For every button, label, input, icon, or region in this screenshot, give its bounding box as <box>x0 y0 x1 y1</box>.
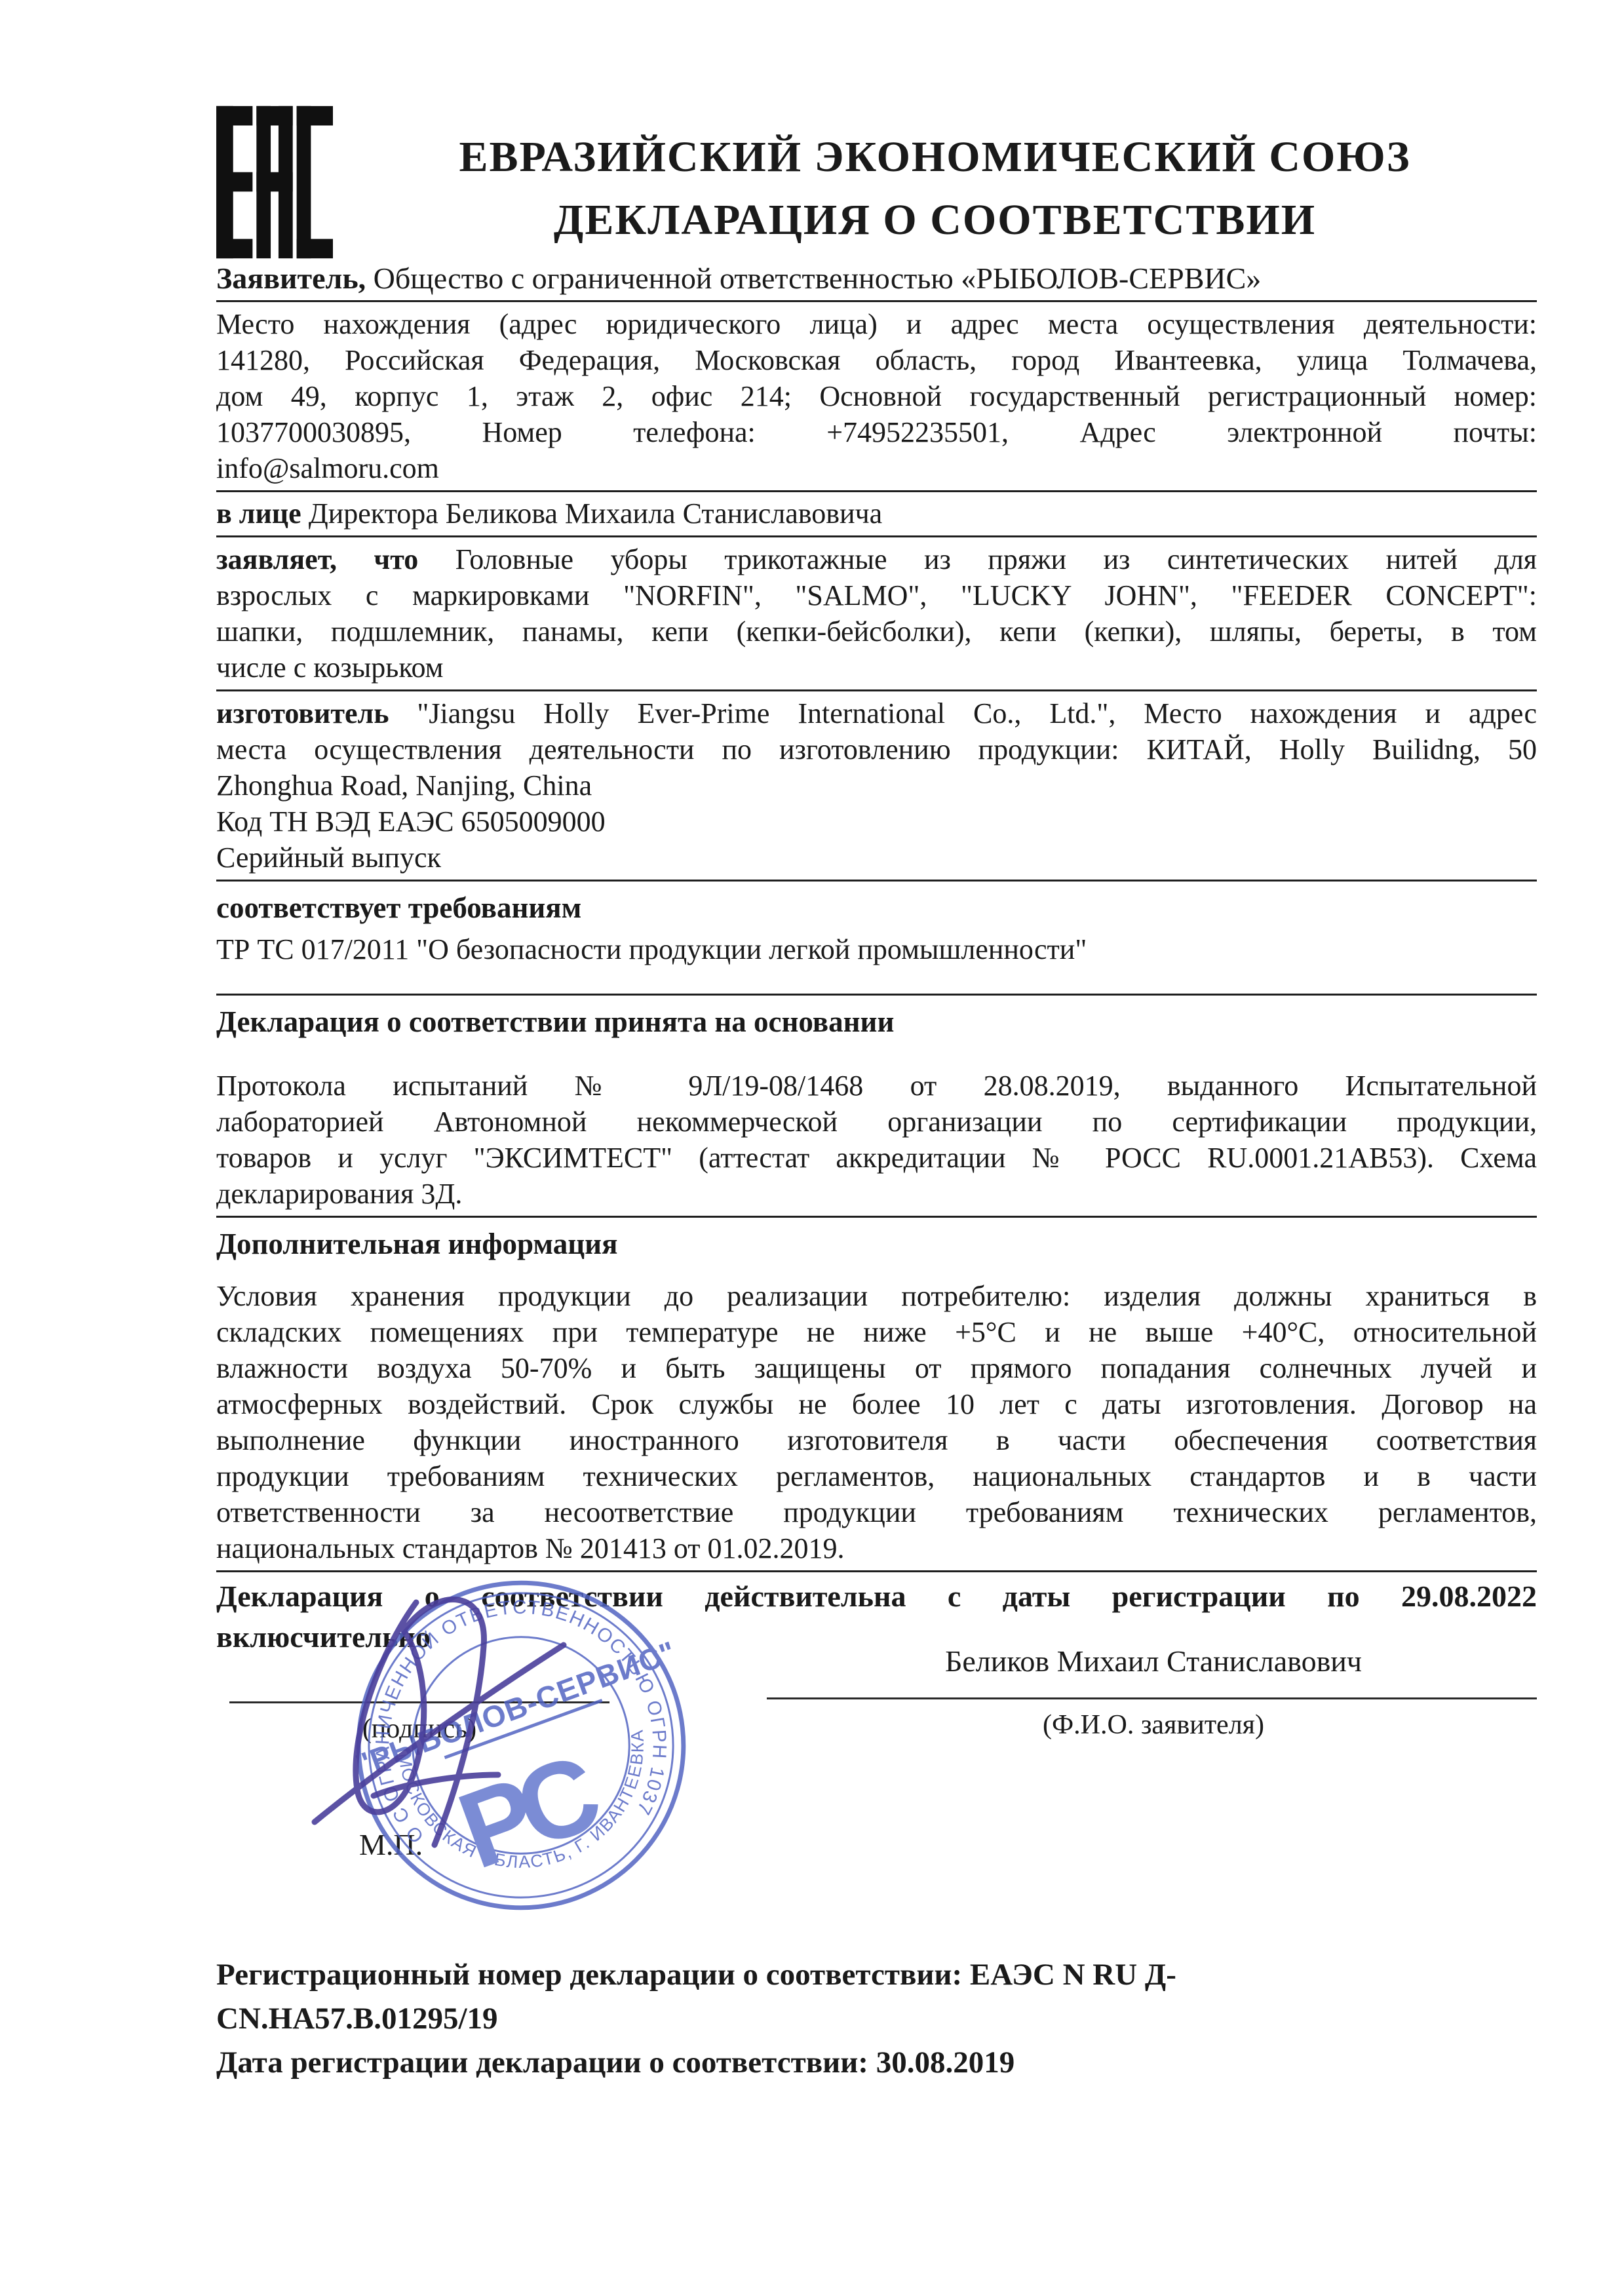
registration-date-line: Дата регистрации декларации о соответств… <box>216 2041 1537 2085</box>
registration-number-line1: Регистрационный номер декларации о соотв… <box>216 1953 1537 1997</box>
section-divider <box>216 880 1537 881</box>
product-line: числе с козырьком <box>216 649 1537 686</box>
section-divider <box>216 689 1537 691</box>
conformity-heading: соответствует требованиям <box>216 889 1537 926</box>
additional-line: ответственности за несоответствие продук… <box>216 1494 1537 1530</box>
additional-line: продукции требованиям технических реглам… <box>216 1458 1537 1494</box>
registration-number-line2: CN.НА57.В.01295/19 <box>216 1997 1537 2041</box>
document-body: ЕВРАЗИЙСКИЙ ЭКОНОМИЧЕСКИЙ СОЮЗ ДЕКЛАРАЦИ… <box>216 97 1537 1661</box>
in-person-label: в лице <box>216 497 301 530</box>
registration-block: Регистрационный номер декларации о соотв… <box>216 1953 1537 2085</box>
in-person-value: Директора Беликова Михаила Станиславович… <box>309 497 883 530</box>
applicant-line: Заявитель, Общество с ограниченной ответ… <box>216 260 1537 298</box>
product-line: заявляет, что Головные уборы трикотажные… <box>216 541 1537 577</box>
address-paragraph: Место нахождения (адрес юридического лиц… <box>216 306 1537 486</box>
eac-logo-icon <box>216 105 333 260</box>
document-header: ЕВРАЗИЙСКИЙ ЭКОНОМИЧЕСКИЙ СОЮЗ ДЕКЛАРАЦИ… <box>216 97 1537 260</box>
additional-line: складских помещениях при температуре не … <box>216 1314 1537 1350</box>
declaration-of-conformity-page: ЕВРАЗИЙСКИЙ ЭКОНОМИЧЕСКИЙ СОЮЗ ДЕКЛАРАЦИ… <box>0 0 1624 2286</box>
additional-line: влажности воздуха 50-70% и быть защищены… <box>216 1350 1537 1386</box>
additional-line: атмосферных воздействий. Срок службы не … <box>216 1386 1537 1422</box>
applicant-label: Заявитель, <box>216 262 366 295</box>
manufacturer-label: изготовитель <box>216 697 389 729</box>
address-line-email: info@salmoru.com <box>216 450 1537 486</box>
applicant-name: Беликов Михаил Станиславович <box>767 1644 1540 1678</box>
address-line: 1037700030895, Номер телефона: +74952235… <box>216 414 1537 450</box>
title-declaration: ДЕКЛАРАЦИЯ О СООТВЕТСТВИИ <box>333 189 1537 252</box>
basis-line: декларирования 3Д. <box>216 1176 1537 1212</box>
name-caption: (Ф.И.О. заявителя) <box>767 1709 1540 1741</box>
manufacturer-line-text: "Jiangsu Holly Ever-Prime International … <box>417 697 1537 729</box>
product-paragraph: заявляет, что Головные уборы трикотажные… <box>216 541 1537 686</box>
serial-release-line: Серийный выпуск <box>216 840 1537 876</box>
name-line <box>767 1697 1537 1699</box>
applicant-value: Общество с ограниченной ответственностью… <box>374 262 1262 295</box>
additional-line: выполнение функции иностранного изготови… <box>216 1422 1537 1458</box>
declares-label: заявляет, что <box>216 543 418 575</box>
signature-stroke <box>275 1566 642 1848</box>
section-divider <box>216 300 1537 302</box>
additional-info-heading: Дополнительная информация <box>216 1226 1537 1262</box>
handwritten-signature <box>275 1566 642 1848</box>
basis-line: Протокола испытаний № 9Л/19-08/1468 от 2… <box>216 1068 1537 1104</box>
basis-heading: Декларация о соответствии принята на осн… <box>216 1003 1537 1040</box>
address-line: 141280, Российская Федерация, Московская… <box>216 342 1537 378</box>
basis-paragraph: Протокола испытаний № 9Л/19-08/1468 от 2… <box>216 1068 1537 1212</box>
section-divider <box>216 490 1537 492</box>
product-line: шапки, подшлемник, панамы, кепи (кепки-б… <box>216 613 1537 649</box>
manufacturer-line: места осуществления деятельности по изго… <box>216 731 1537 767</box>
address-line: Место нахождения (адрес юридического лиц… <box>216 306 1537 342</box>
product-line: взрослых с маркировками "NORFIN", "SALMO… <box>216 577 1537 613</box>
manufacturer-paragraph: изготовитель "Jiangsu Holly Ever-Prime I… <box>216 695 1537 876</box>
in-person-line: в лице Директора Беликова Михаила Станис… <box>216 495 1537 533</box>
product-line-text: Головные уборы трикотажные из пряжи из с… <box>455 543 1537 575</box>
address-line: дом 49, корпус 1, этаж 2, офис 214; Осно… <box>216 378 1537 414</box>
section-divider <box>216 1216 1537 1218</box>
section-divider <box>216 994 1537 996</box>
section-divider <box>216 535 1537 537</box>
additional-info-paragraph: Условия хранения продукции до реализации… <box>216 1278 1537 1566</box>
additional-line: Условия хранения продукции до реализации… <box>216 1278 1537 1314</box>
manufacturer-line: Zhonghua Road, Nanjing, China <box>216 767 1537 804</box>
manufacturer-line: изготовитель "Jiangsu Holly Ever-Prime I… <box>216 695 1537 731</box>
basis-line: лабораторией Автономной некоммерческой о… <box>216 1104 1537 1140</box>
tnved-code-line: Код ТН ВЭД ЕАЭС 6505009000 <box>216 804 1537 840</box>
basis-line: товаров и услуг "ЭКСИМТЕСТ" (аттестат ак… <box>216 1140 1537 1176</box>
title-union: ЕВРАЗИЙСКИЙ ЭКОНОМИЧЕСКИЙ СОЮЗ <box>333 126 1537 189</box>
document-title: ЕВРАЗИЙСКИЙ ЭКОНОМИЧЕСКИЙ СОЮЗ ДЕКЛАРАЦИ… <box>333 97 1537 252</box>
regulation-line: ТР ТС 017/2011 "О безопасности продукции… <box>216 931 1537 967</box>
